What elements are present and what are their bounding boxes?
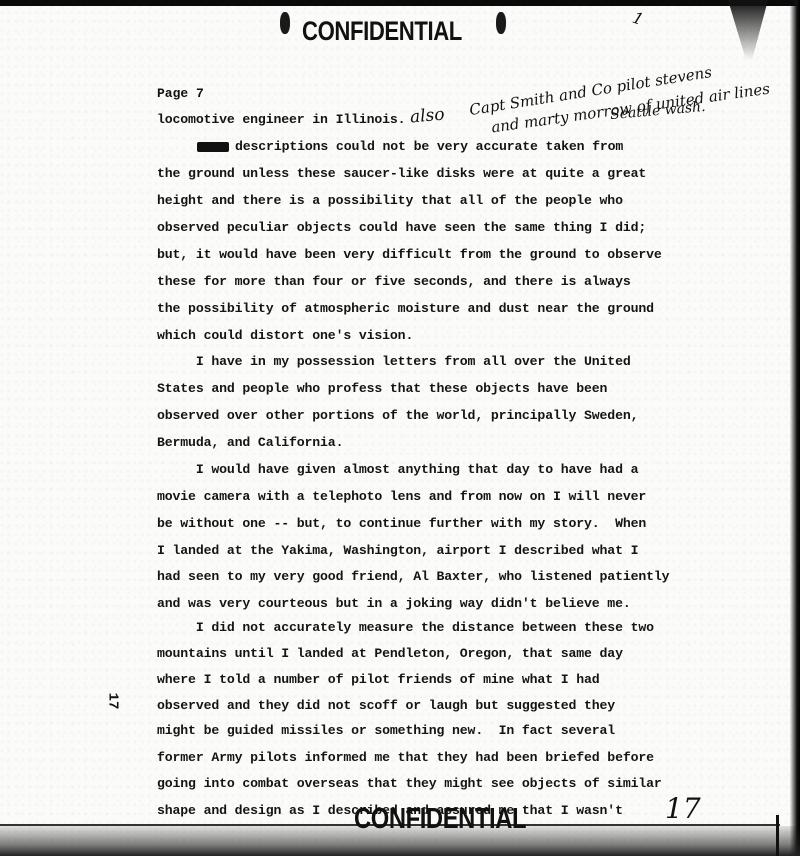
body-line: and was very courteous but in a joking w… (157, 596, 631, 611)
body-line: I did not accurately measure the distanc… (157, 620, 654, 635)
body-line: had seen to my very good friend, Al Baxt… (157, 569, 669, 584)
body-line: locomotive engineer in Illinois. (157, 112, 405, 127)
body-line: might be guided missiles or something ne… (157, 723, 615, 738)
body-line: observed and they did not scoff or laugh… (157, 698, 615, 713)
body-line: I have in my possession letters from all… (157, 354, 631, 369)
body-line: but, it would have been very difficult f… (157, 247, 662, 262)
scan-edge-mark (776, 815, 779, 856)
body-line: the possibility of atmospheric moisture … (157, 301, 654, 316)
body-line: observed peculiar objects could have see… (157, 220, 646, 235)
scan-top-edge (0, 0, 800, 6)
body-line: Bermuda, and California. (157, 435, 343, 450)
body-line: I would have given almost anything that … (157, 462, 638, 477)
body-line: where I told a number of pilot friends o… (157, 672, 600, 687)
confidential-stamp-bottom: CONFIDENTIAL (354, 803, 526, 836)
scan-right-edge (790, 0, 800, 856)
body-line: mountains until I landed at Pendleton, O… (157, 646, 623, 661)
handwritten-page-number: 17 (665, 792, 701, 825)
body-line: States and people who profess that these… (157, 381, 607, 396)
body-line: going into combat overseas that they mig… (157, 776, 662, 791)
body-line: former Army pilots informed me that they… (157, 750, 654, 765)
body-line: be without one -- but, to continue furth… (157, 516, 646, 531)
body-line: observed over other portions of the worl… (157, 408, 638, 423)
margin-mark: 17 (104, 693, 120, 710)
page-label: Page 7 (157, 86, 204, 101)
body-line: these for more than four or five seconds… (157, 274, 631, 289)
body-line-redacted: descriptions could not be very accurate … (197, 139, 623, 154)
body-line: height and there is a possibility that a… (157, 193, 623, 208)
redaction-mark (197, 142, 229, 152)
handwritten-note-also: also (409, 105, 445, 128)
punch-hole-right (496, 12, 506, 34)
body-line: movie camera with a telephoto lens and f… (157, 489, 646, 504)
body-line: which could distort one's vision. (157, 328, 413, 343)
punch-hole-left (280, 12, 290, 34)
body-line: I landed at the Yakima, Washington, airp… (157, 543, 638, 558)
body-line-text: descriptions could not be very accurate … (235, 139, 623, 154)
confidential-stamp-top: CONFIDENTIAL (302, 16, 462, 47)
body-line: the ground unless these saucer-like disk… (157, 166, 646, 181)
